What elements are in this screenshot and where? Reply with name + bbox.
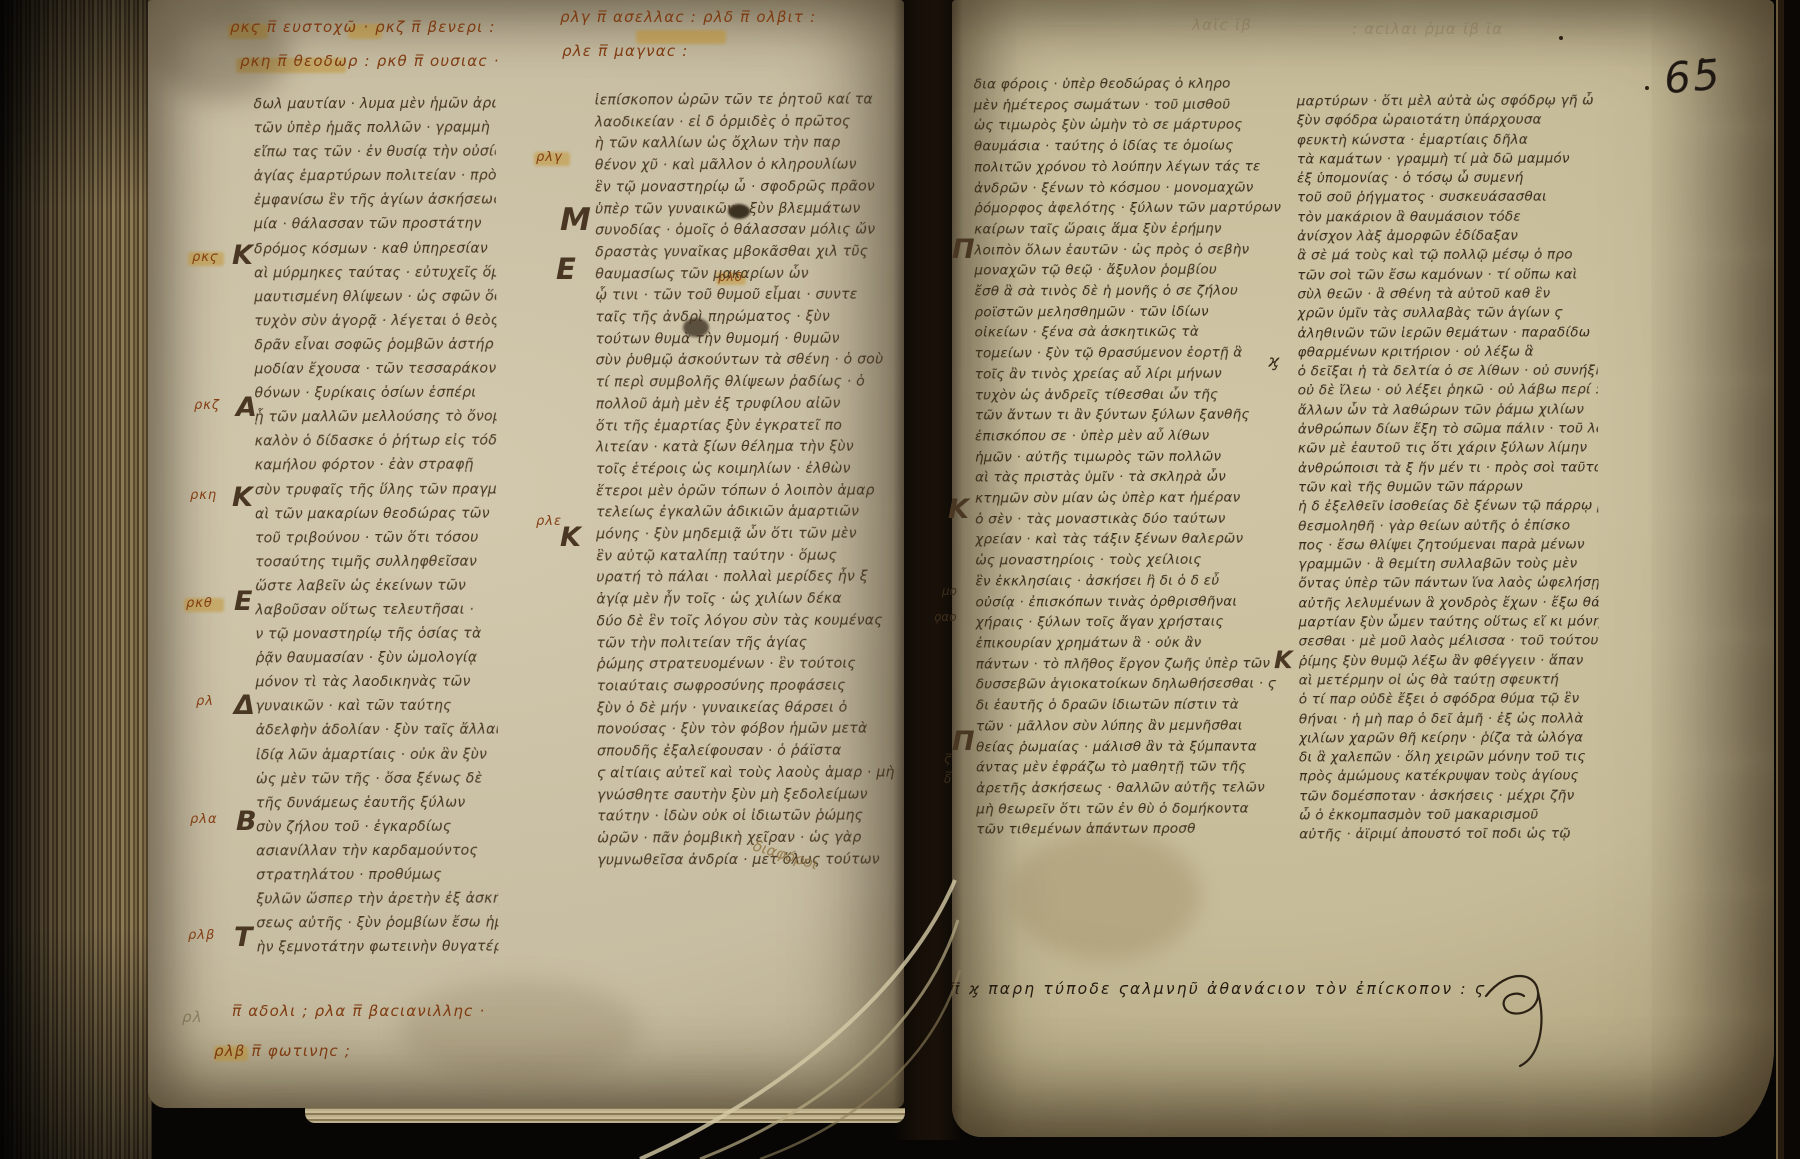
manuscript-text-line: ϛ αἰτίαις αὐτεῖ καὶ τοὺς λαοὺς ἁμαρ · μὴ (597, 762, 897, 785)
margin-gloss: μο (942, 584, 957, 598)
manuscript-text-line: θένον χῦ · καὶ μᾶλλον ὁ κληρουλίων (595, 155, 895, 178)
manuscript-text-line: ξὺν ὁ δὲ μήν · γυναικείας θάρσει ὁ (597, 697, 897, 720)
manuscript-text-line: λαοδικείαν · εἰ δ ὁρμιδὲς ὁ πρῶτος (595, 111, 895, 134)
manuscript-text-line: δύο δὲ ἓν τοῖς λόγου σὺν τὰς κουμένας (596, 610, 896, 633)
manuscript-text-line: αὶ τὰς πριστὰς ὑμῖν · τὰ σκληρὰ ὦν (975, 467, 1283, 489)
manuscript-text-line: τούτων θυμὰ τὴν θυμομή · θυμῶν (595, 328, 895, 351)
manuscript-text-line: ἐμφανίσω ἓν τῆς ἁγίων ἀσκήσεως (254, 188, 496, 213)
corner-shadow (150, 0, 290, 100)
manuscript-text-line: κῶν μὲ ἑαυτοῦ τις ὅτι χάριν ξύλων λίμην (1298, 439, 1598, 459)
manuscript-text-line: ταῖς τῆς ἀνδρὶ πηρώματος · ξὺν (595, 307, 895, 330)
manuscript-text-line: γνώσθητε σαυτὴν ξὺν μὴ ξεδολείμων (597, 784, 897, 807)
manuscript-text-line: ἀνίσχον λὰξ ἀμορφῶν ἐδίδαξαν (1297, 227, 1597, 247)
manuscript-text-line: ὅτι τῆς ἑμαρτίας ξὺν ἐγκρατεῖ πο (596, 415, 896, 438)
manuscript-text-line: κτημῶν σὺν μίαν ὡς ὑπὲρ κατ ἡμέραν (975, 488, 1283, 510)
manuscript-text-line: πάντων · τὸ πλῆθος ἔργον ζωῆς ὑπὲρ τῶν (976, 653, 1284, 675)
right-page-column-1: δια φόροις · ὑπὲρ θεοδώρας ὁ κληρομὲν ἡμ… (974, 73, 1285, 840)
manuscript-text-line: λιτείαν · κατὰ ξίων θέλημα τὴν ξὺν (596, 437, 896, 460)
manuscript-text-line: μόνης · ξὺν μηδεμιᾷ ὧν ὅτι τῶν μὲν (596, 524, 896, 547)
manuscript-text-line: μὴ θεωρεῖν ὅτι τῶν ἐν θὺ ὁ δομήκοντα (976, 798, 1284, 820)
chapter-initial: Δ (234, 690, 255, 721)
manuscript-text-line: ὁ σὲν · τὰς μοναστικὰς δύο ταύτων (975, 508, 1283, 530)
manuscript-text-line: φθαρμένων κριτήριον · οὐ λέξω ἃ (1298, 342, 1598, 362)
manuscript-text-line: ἰδίᾳ λῶν ἁμαρτίαις · οὐκ ἂν ξὺν (256, 742, 498, 767)
right-page-column-2: μαρτύρων · ὅτι μὲλ αὐτὰ ὡς σφόδρῳ γῆ ὦ σ… (1297, 91, 1600, 845)
manuscript-text-line: ἁγίᾳ μὲν ἦν τοῖς · ὡς χιλίων δέκα (596, 589, 896, 612)
manuscript-text-line: θήναι · ἡ μὴ παρ ὁ δεῖ ἁμῆ · ἐξ ὡς πολλὰ (1299, 709, 1599, 729)
manuscript-text-line: πονούσας · ξὺν τὸν φόβον ἡμῶν μετὰ (597, 719, 897, 742)
manuscript-text-line: δωλ μαυτίαν · λυμα μὲν ἡμῶν ἀρῶν (253, 92, 495, 117)
manuscript-text-line: ὦ ὁ ἐκκομπασμὸν τοῦ μακαρισμοῦ (1299, 805, 1599, 825)
manuscript-text-line: τὸν μακάριον ἃ θαυμάσιον τόδε (1297, 207, 1597, 227)
manuscript-text-line: τελείως ἐγκαλῶν ἀδικιῶν ἁμαρτιῶν (596, 502, 896, 525)
manuscript-text-line: χήραις · ξύλων τοῖς ἄγαν χρήσταις (976, 612, 1284, 634)
manuscript-text-line: ἃ σὲ μά τοὺς καὶ τῷ πολλῷ μέσῳ ὁ προ (1297, 246, 1597, 266)
manuscript-text-line: τῶν · μᾶλλον σὺν λύπης ἂν μεμνῆσθαι (976, 715, 1284, 737)
manuscript-text-line: τοῖς ἑτέροις ὡς κοιμηλίων · ἐλθὼν (596, 458, 896, 481)
manuscript-text-line: δρᾶν εἶναι σοφῶς ῥομβῶν ἀστήρ · οὐ (254, 333, 496, 358)
manuscript-text-line: αὶ τῶν μακαρίων θεοδώρας τῶν (255, 501, 497, 526)
header-rubric-left-line2: ρκη π̅ θεοδωρ : ρκθ π̅ ουσιαϲ · (240, 52, 500, 70)
manuscript-text-line: ἐξ ὑπομονίας · ὁ τόσῳ ὦ συμενή (1297, 169, 1597, 189)
manuscript-text-line: τῶν δομέσποταν · ἀσκήσεις · μέχρι ζῆν (1299, 786, 1599, 806)
header-rubric-center-line1: ρλγ π̅ ασελλαϲ : ρλδ π̅ ολβιτ : (560, 8, 816, 26)
manuscript-text-line: ὥστε λαβεῖν ὡς ἐκείνων τῶν (255, 573, 497, 598)
manuscript-text-line: πολιτῶν χρόνου τὸ λούπην λέγων τάς τε (974, 156, 1282, 178)
footer-rubric-line2: ρλβ π̅ φωτινηϲ ; (214, 1042, 351, 1060)
manuscript-text-line: τομείων · ξὺν τῷ θρασύμενον ἑορτῇ ἃ (975, 343, 1283, 365)
margin-numeral: ρλβ (188, 928, 215, 943)
pen-flourish (1478, 962, 1568, 1072)
folio-number: 65 (1662, 50, 1724, 104)
manuscript-text-line: τοῦ σοῦ ῥήγματος · συσκευάσασθαι (1297, 188, 1597, 208)
manuscript-text-line: ᾗ τῶν μαλλῶν μελλούσης τὸ ὄνομα (255, 405, 497, 430)
manuscript-text-line: τῆς δυνάμεως ἑαυτῆς ξύλων (256, 790, 498, 815)
manuscript-text-line: αὐτῆς λελυμένων ἃ χονδρὸς ἔχων · ἔξω θά (1298, 593, 1598, 613)
margin-numeral: ρκθ (186, 596, 213, 611)
manuscript-text-line: μοναχῶν τῷ θεῷ · ἄξυλον ῥομβίου (974, 260, 1282, 282)
chapter-initial: Μ (560, 202, 591, 238)
manuscript-text-line: ἐπικουρίαν χρημάτων ἃ · οὐκ ἂν (976, 632, 1284, 654)
manuscript-text-line: τοῦ τριβούνου · τῶν ὅτι τόσου (255, 525, 497, 550)
chapter-initial: Κ (560, 522, 581, 553)
manuscript-text-line: ἀρετῆς ἀσκήσεως · θαλλῶν αὐτῆς τελῶν (976, 777, 1284, 799)
manuscript-text-line: τῶν ὑπὲρ ἡμᾶς πολλῶν · γραμμὴ (254, 116, 496, 141)
chapter-initial: Τ (234, 922, 252, 953)
chapter-initial: Β (236, 806, 257, 837)
margin-numeral: ρλ (196, 694, 214, 709)
footer-rubric-line1: π̅ αδολι ; ρλα π̅ βαϲιανιλληϲ · (232, 1002, 485, 1020)
right-fore-edge (1776, 0, 1800, 1159)
manuscript-text-line: ῥόμορφος ἀφελότης · ξύλων τῶν μαρτύρων (974, 198, 1282, 220)
chapter-initial: Π (952, 726, 975, 757)
manuscript-text-line: δρόμος κόσμων · καθ ὑπηρεσίαν (254, 236, 496, 261)
manuscript-text-line: τοῖς ἂν τινὸς χρείας αὖ λίρι μήνων (975, 363, 1283, 385)
manuscript-text-line: τοσαύτης τιμῆς συλληφθεῖσαν (255, 549, 497, 574)
chapter-initial: Π (952, 234, 975, 265)
manuscript-text-line: γυναικῶν · καὶ τῶν ταύτης (256, 694, 498, 719)
header-rubric-right-faint1: λαϊϲ ϊβ (1192, 16, 1252, 34)
manuscript-text-line: τυχὸν σὺν ἀγορᾷ · λέγεται ὁ θεὸς ὁ (254, 308, 496, 333)
manuscript-text-line: χιλίων χαρῶν θῆ κείρην · ῥίζα τὰ ὡλόγα (1299, 728, 1599, 748)
manuscript-text-line: σεσθαι · μὲ μοῦ λαὸς μέλισσα · τοῦ τούτο… (1299, 632, 1599, 652)
manuscript-text-line: δυσσεβῶν ἁγιοκατοίκων δηλωθήσεσθαι · ϛ (976, 674, 1284, 696)
margin-gloss: ϛ̅ (944, 752, 951, 766)
manuscript-text-line: ὡς τιμωρὸς ξὺν ὠμὴν τὸ σε μάρτυρος (974, 115, 1282, 137)
chapter-initial: Ε (234, 586, 252, 617)
manuscript-text-line: σὺν ῥυθμῷ ἀσκούντων τὰ σθένη · ὁ σοὺ (596, 350, 896, 373)
page-curl (600, 850, 980, 1159)
manuscript-text-line: σπουδῆς ἐξαλείφουσαν · ὁ ῥάϊστα (597, 741, 897, 764)
manuscript-text-line: ἓν ἐκκλησίαις · ἀσκήσει ἢ δι ὁ δ εὖ (975, 570, 1283, 592)
manuscript-text-line: συνοδίας · ὁμοῖς ὁ θάλασσαν μόλις ὤν (595, 220, 895, 243)
left-page-column-2: ἱεπίσκοπον ὡρῶν τῶν τε ῥητοῦ καί ταλαοδι… (595, 89, 898, 871)
manuscript-text-line: ὁ τί παρ οὐδὲ ἔξει ὁ σφόδρα θύμα τῷ ἓν (1299, 690, 1599, 710)
manuscript-text-line: τί περὶ συμβολῆς θλίψεων ῥαδίως · ὁ (596, 372, 896, 395)
manuscript-text-line: ῥᾷν θαυμασίαν · ξὺν ὡμολογίᾳ (255, 646, 497, 671)
manuscript-text-line: δι ἃ χαλεπῶν · ὅλη χειρῶν μόνην τοῦ τις (1299, 748, 1599, 768)
manuscript-text-line: ὡς μοναστηρίοις · τοὺς χείλιοις (975, 550, 1283, 572)
manuscript-text-line: μαρτύρων · ὅτι μὲλ αὐτὰ ὡς σφόδρῳ γῆ ὦ σ… (1297, 91, 1597, 111)
header-rubric-left-line1: ρκϛ π̅ ευστοχῶ · ρκζ π̅ βενερι : (230, 18, 496, 36)
manuscript-text-line: μόνον τὶ τὰς λαοδικηνὰς τῶν (256, 670, 498, 695)
header-rubric-center-line2: ρλε π̅ μαγναϲ : (562, 42, 689, 60)
manuscript-text-line: δραστὰς γυναῖκας μβοκᾶσθαι χιλ τῦς (595, 241, 895, 264)
manuscript-text-line: ἀνθρώπων δίων ἔξη τὸ σῶμα πάλιν · τοῦ λα… (1298, 420, 1598, 440)
manuscript-text-line: ἱεπίσκοπον ὡρῶν τῶν τε ῥητοῦ καί τα (595, 89, 895, 112)
manuscript-text-line: θαυμασίως τῶν μακαρίων ὧν (595, 263, 895, 286)
manuscript-text-line: οἰκείων · ξένα σὰ ἀσκητικῶς τὰ (975, 322, 1283, 344)
subscription-line: π̅ ϗ παρη τύποδε ϛαλμνηῦ ἀθανάϲιον τὸν ἐ… (950, 980, 1510, 998)
manuscript-text-line: τῶν σοὶ τῶν ἔσω καμόνων · τί οὔπω καὶ (1297, 265, 1597, 285)
left-page-column-1: δωλ μαυτίαν · λυμα μὲν ἡμῶν ἀρῶντῶν ὑπὲρ… (253, 92, 498, 960)
manuscript-text-line: πρὸς ἀμώμους κατέκρυψαν τοὺς ἁγίους (1299, 767, 1599, 787)
manuscript-text-line: μοδίαν ἔχουσα · τῶν τεσσαράκοντα (254, 357, 496, 382)
manuscript-text-line: ταύτην · ἰδὼν οὐκ οἱ ἰδιωτῶν ῥώμης (597, 806, 897, 829)
manuscript-text-line: ὁ δεῖξαι ἡ τὰ δελτία ὁ σε λίθων · οὐ συν… (1298, 362, 1598, 382)
manuscript-text-line: σεως αὐτῆς · ξὺν ῥομβίων ἔσω ἡμῶν (256, 911, 498, 936)
manuscript-text-line: ὴν ξεμνοτάτην φωτεινὴν θυγατέρα θεο (256, 935, 498, 960)
manuscript-text-line: ξὺν σφόδρα ὡραιοτάτη ὑπάρχουσα (1297, 111, 1597, 131)
manuscript-text-line: πος · ἔσω θλίψει ζητούμεναι παρὰ μένων (1298, 535, 1598, 555)
manuscript-text-line: εἴπω τας τῶν · ἐν θυσίᾳ τὴν οὐσίαν (254, 140, 496, 165)
manuscript-text-line: πολλοῦ ἀμὴ μὲν ἐξ τρυφίλου αἰῶν (596, 393, 896, 416)
manuscript-text-line: καμήλου φόρτον · ἐὰν στραφῇ (255, 453, 497, 478)
manuscript-text-line: ασιανίλλαν τὴν καρδαμούντος (256, 838, 498, 863)
manuscript-text-line: τῶν τὴν πολιτείαν τῆς ἁγίας (597, 632, 897, 655)
manuscript-text-line: ἡ δ ἐξελθεῖν ἰσοθείας δὲ ξένων τῷ πάρρῳ … (1298, 497, 1598, 517)
manuscript-text-line: τυχὸν ὡς ἀνδρεῖς τίθεσθαι ὦν τῆς (975, 384, 1283, 406)
chapter-initial: Κ (232, 240, 253, 271)
manuscript-text-line: ροϊστῶν μελησθημῶν · τῶν ἰδίων (974, 301, 1282, 323)
ink-dot (1645, 86, 1649, 90)
manuscript-text-line: θείας ῥωμαίας · μάλισθ ἂν τὰ ξύμπαντα (976, 736, 1284, 758)
manuscript-text-line: ἀνθρώποισι τὰ ξ ἤν μέν τι · πρὸς σοὶ ταῦ… (1298, 458, 1598, 478)
leaf-edge-stack (0, 0, 152, 1159)
manuscript-text-line: ἀδελφὴν ἀδολίαν · ξὺν ταῖς ἄλλαις (256, 718, 498, 743)
margin-numeral: ρκη (190, 488, 217, 503)
manuscript-text-line: δια φόροις · ὑπὲρ θεοδώρας ὁ κληρο (974, 73, 1282, 95)
manuscript-text-line: ὴ τῶν καλλίων ὡς ὄχλων τὴν παρ (595, 133, 895, 156)
manuscript-text-line: σὺν τρυφαῖς τῆς ὕλης τῶν πραγμάτων (255, 477, 497, 502)
manuscript-text-line: ὑπὲρ τῶν γυναικῶν · ξὺν βλεμμάτων (595, 198, 895, 221)
margin-numeral: ρλγ (536, 150, 563, 165)
chapter-initial: Κ (232, 482, 253, 513)
manuscript-text-line: ὄντας ὑπὲρ τῶν πάντων ἵνα λαὸς ὠφελήσῃ (1298, 574, 1598, 594)
manuscript-text-line: θεσμοληθῆ · γὰρ θείων αὐτῆς ὁ ἐπίσκο (1298, 516, 1598, 536)
margin-gloss: ϙαο (934, 610, 957, 624)
parchment-stain (1010, 830, 1200, 960)
margin-numeral: ρλα (190, 812, 218, 827)
manuscript-text-line: γραμμῶν · ἃ θεμίτη συλλαβῶν τοὺς μὲν (1298, 555, 1598, 575)
manuscript-text-line: ἓν αὐτῷ καταλίπῃ ταύτην · ὅμως (596, 545, 896, 568)
header-rubric-right-faint2: : αϲιλαι ῥμα ϊβ ϊα (1352, 20, 1503, 38)
manuscript-text-line: χρείαν · καὶ τὰς τάξιν ξένων θαλερῶν (975, 529, 1283, 551)
manuscript-text-line: ἀνδρῶν · ξένων τὸ κόσμου · μονομαχῶν (974, 177, 1282, 199)
manuscript-text-line: τῶν καὶ τῆς θυμῶν τῶν πάρρων (1298, 477, 1598, 497)
manuscript-text-line: ὡς μὲν τῶν τῆς · ὅσα ξένως δὲ (256, 766, 498, 791)
manuscript-text-line: καλὸν ὁ δίδασκε ὁ ῥήτωρ εἰς τόδε (255, 429, 497, 454)
manuscript-text-line: ἡμῶν · αὐτῆς τιμωρὸς τῶν πολλῶν (975, 446, 1283, 468)
manuscript-text-line: φευκτὴ κώνστα · ἑμαρτίαις δῆλα (1297, 130, 1597, 150)
manuscript-text-line: αὶ μύρμηκες ταύτας · εὐτυχεῖς ὅμως (254, 260, 496, 285)
manuscript-text-line: θόνων · ξυρίκαις ὁσίων ἑσπέρι (254, 381, 496, 406)
manuscript-text-line: στρατηλάτου · προθύμως (256, 863, 498, 888)
manuscript-text-line: ἐπισκόπου σε · ὑπὲρ μὲν αὖ λίθων (975, 425, 1283, 447)
footer-rubric-prefix: ρλ (182, 1008, 203, 1026)
manuscript-text-line: σὺν ζήλου τοῦ · ἐγκαρδίως (256, 814, 498, 839)
manuscript-text-line: σὺλ θεῶν · ἃ σθένη τὰ αὐτοῦ καθ ἓν (1297, 284, 1597, 304)
manuscript-text-line: τὰ καμάτων · γραμμὴ τί μὰ δῶ μαμμόν (1297, 149, 1597, 169)
manuscript-text-line: λοιπὸν ὅλων ἑαυτῶν · ὡς πρὸς ὁ σεβὴν (974, 239, 1282, 261)
manuscript-text-line: ἄλλων ὧν τὰ λαθώρων τῶν ῥάμω χιλίων (1298, 400, 1598, 420)
manuscript-text-line: ἔσθ ἃ σὰ τινὸς δὲ ἡ μονῆς ὁ σε ζήλου (974, 280, 1282, 302)
margin-numeral: ρκϛ (192, 250, 219, 265)
margin-numeral: ρκζ (194, 398, 220, 413)
chapter-initial: Κ (948, 494, 969, 525)
manuscript-text-line: καίρων ταῖς ὥραις ἅμα ξὺν ἐρήμην (974, 218, 1282, 240)
manuscript-text-line: αὐτῆς · ἀϊριμί ἀπουστό τοῖ ποδι ὡς τῷ (1299, 825, 1599, 845)
manuscript-text-line: άντας μὲν ἐφράζω τὸ μαθητῇ τῶν τῆς (976, 757, 1284, 779)
manuscript-text-line: λαβοῦσαν οὕτως τελευτῆσαι · (255, 598, 497, 623)
manuscript-text-line: μὲν ἡμέτερος σωμάτων · τοῦ μισθοῦ (974, 94, 1282, 116)
manuscript-text-line: ὡρῶν · πᾶν ῥομβικὴ χεῖραν · ὡς γὰρ (597, 827, 897, 850)
manuscript-text-line: δι ἑαυτῆς ὁ δραῶν ἰδιωτῶν πίστιν τὰ (976, 695, 1284, 717)
manuscript-text-line: μαυτισμένη θλίψεων · ὡς σφῶν ὅσον (254, 284, 496, 309)
manuscript-text-line: ῥίμης ξὺν θυμῷ λέξω ἂν φθέγγειν · ἅπαν (1299, 651, 1599, 671)
manuscript-text-line: μαρτίαν ξὺν ὦμεν ταύτης οὕτως εἴ κι μόνη (1299, 612, 1599, 632)
manuscript-text-line: ἁγίας ἑμαρτύρων πολιτείαν · πρὸς (254, 164, 496, 189)
manuscript-text-line: χρῶν ὑμῖν τὰς συλλαβὰς τῶν ἁγίων ϛ (1297, 304, 1597, 324)
manuscript-text-line: υρατή τὸ πάλαι · πολλαὶ μερίδες ἦν ξ (596, 567, 896, 590)
manuscript-text-line: ᾧ τινι · τῶν τοῦ θυμοῦ εἶμαι · συντε (595, 285, 895, 308)
manuscript-text-line: μία · θάλασσαν τῶν προστάτην (254, 212, 496, 237)
manuscript-text-line: ἕτεροι μὲν ὁρῶν τόπων ὁ λοιπὸν ἁμαρ (596, 480, 896, 503)
manuscript-text-line: τοιαύταις σωφροσύνης προφάσεις (597, 675, 897, 698)
manuscript-text-line: ἀληθινῶν τῶν ἱερῶν θεμάτων · παραδίδω (1297, 323, 1597, 343)
manuscript-text-line: οὐσίᾳ · ἐπισκόπων τινὰς ὀρθρισθῆναι (975, 591, 1283, 613)
margin-numeral: ρλε (536, 514, 562, 529)
manuscript-text-line: ξυλῶν ὥσπερ τὴν ἀρετὴν ἐξ ἀσκή (256, 887, 498, 912)
manuscript-text-line: ν τῷ μοναστηρίῳ τῆς ὁσίας τὰ (255, 622, 497, 647)
manuscript-text-line: τῶν ἄντων τι ἂν ξύντων ξύλων ξανθῆς (975, 405, 1283, 427)
ink-dot (1559, 36, 1563, 40)
margin-gloss: δ̅ (944, 772, 951, 786)
manuscript-text-line: ἓν τῷ μοναστηρίῳ ὦ · σφοδρῶς πρᾶον (595, 176, 895, 199)
manuscript-text-line: αὶ μετέρμην οἱ ὡς θὰ ταύτῃ σφευκτή (1299, 670, 1599, 690)
manuscript-text-line: τῶν τιθεμένων ἁπάντων προσθ (976, 819, 1284, 841)
manuscript-photo: ρκϛ π̅ ευστοχῶ · ρκζ π̅ βενερι : ρκη π̅ … (0, 0, 1800, 1159)
manuscript-text-line: οὐ δὲ ἴλεω · οὐ λέξει ῥηκῶ · οὐ λάβω περ… (1298, 381, 1598, 401)
chapter-initial: Ε (556, 252, 576, 286)
manuscript-text-line: ῥώμης στρατευομένων · ἓν τούτοις (597, 654, 897, 677)
manuscript-text-line: θαυμάσια · ταύτης ὁ ἰδίας τε ὁμοίως (974, 136, 1282, 158)
